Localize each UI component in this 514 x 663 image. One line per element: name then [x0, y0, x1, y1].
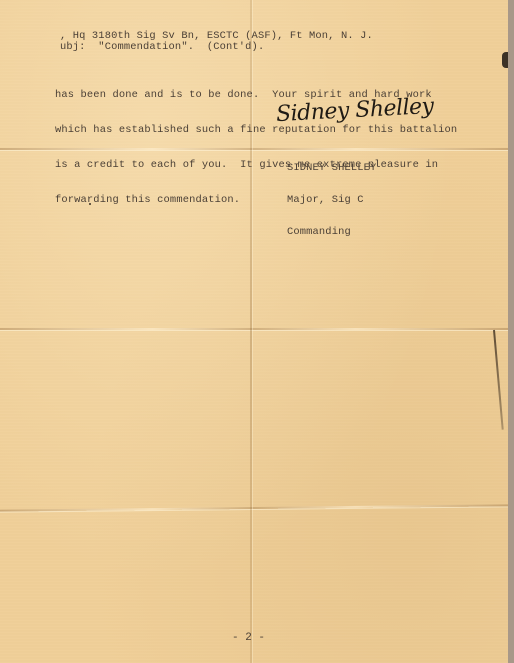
signer-rank: Major, Sig C — [287, 195, 376, 206]
signature-block: SIDNEY SHELLEY Major, Sig C Commanding — [287, 141, 376, 260]
signer-name: SIDNEY SHELLEY — [287, 163, 376, 174]
horizontal-fold-crease — [0, 504, 508, 511]
body-line: forwarding this commendation. — [55, 195, 457, 207]
body-line: is a credit to each of you. It gives me … — [55, 160, 457, 172]
margin-pencil-mark — [493, 330, 504, 430]
letter-page: , Hq 3180th Sig Sv Bn, ESCTC (ASF), Ft M… — [0, 0, 508, 663]
signer-title: Commanding — [287, 227, 376, 238]
body-line: which has established such a fine reputa… — [55, 125, 457, 137]
page-number: - 2 - — [232, 632, 265, 644]
horizontal-fold-crease — [0, 328, 508, 330]
header-subject-line: ubj: "Commendation". (Cont'd). — [60, 42, 264, 54]
scan-border — [508, 0, 514, 663]
letter-body: has been done and is to be done. Your sp… — [55, 67, 457, 229]
